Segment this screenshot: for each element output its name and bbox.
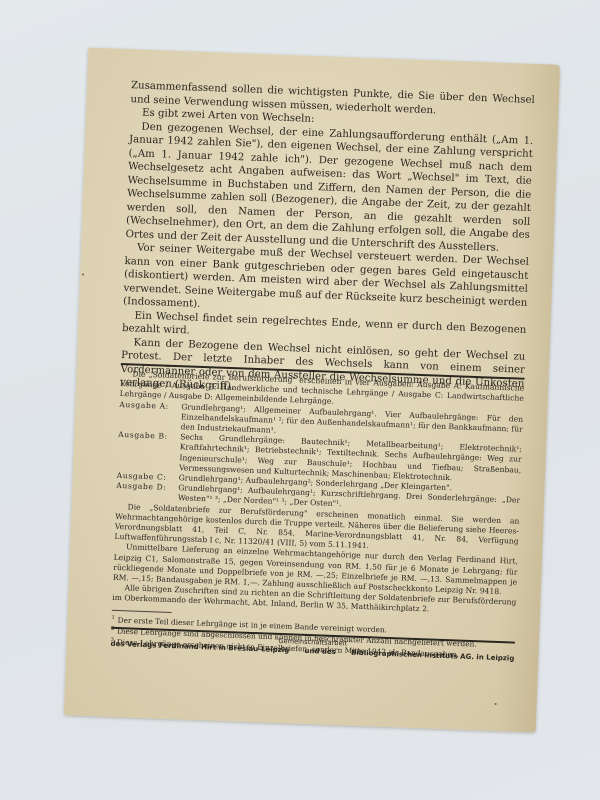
publication-info-block: Die „Soldatenbriefe zur Berufsförderung"… — [110, 369, 524, 662]
booklet-back-page: Zusammenfassend sollen die wichtigsten P… — [64, 48, 560, 733]
footnote-divider — [112, 609, 172, 612]
paper-speck — [82, 273, 84, 275]
edition-label: Ausgabe B: — [117, 430, 180, 473]
edition-label: Ausgabe D: — [116, 481, 179, 504]
footnote-mark: 1 — [111, 614, 114, 620]
paper-speck — [495, 703, 497, 705]
edition-label: Ausgabe A: — [118, 400, 181, 433]
credits-middle: und des — [304, 647, 336, 657]
main-text-block: Zusammenfassend sollen die wichtigsten P… — [120, 79, 535, 404]
paragraph-drawn-bill: Den gezogenen Wechsel, der eine Zahlungs… — [125, 120, 533, 256]
